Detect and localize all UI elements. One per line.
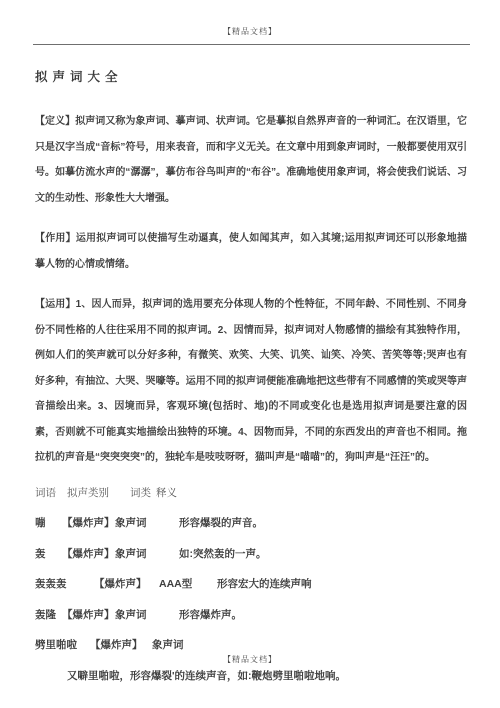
category-cell: 【爆炸声】 xyxy=(62,515,115,530)
document-footer: 【精品文档】 xyxy=(0,654,500,665)
type-cell: 象声词 xyxy=(115,546,179,561)
onomatopoeia-table: 词语 拟声类别 词类 释义 嘣 【爆炸声】 象声词 形容爆裂的声音。 轰 【爆炸… xyxy=(35,485,470,683)
header-divider xyxy=(33,44,470,45)
page-title: 拟声词大全 xyxy=(35,67,467,85)
meaning-cell: 形容宏大的连续声响 xyxy=(217,576,312,591)
word-cell: 轰隆 xyxy=(35,607,62,622)
category-cell: 【爆炸声】 xyxy=(94,576,159,591)
column-header-category: 拟声类别 xyxy=(67,485,130,500)
word-cell: 劈里啪啦 xyxy=(35,637,90,652)
table-row: 劈里啪啦 【爆炸声】 象声词 xyxy=(35,637,470,652)
column-header-meaning: 释义 xyxy=(156,485,177,500)
category-cell: 【爆炸声】 xyxy=(90,637,152,652)
table-header-row: 词语 拟声类别 词类 释义 xyxy=(35,485,470,500)
category-cell: 【爆炸声】 xyxy=(62,546,115,561)
meaning-cell: 形容爆炸声。 xyxy=(179,607,242,622)
column-header-type: 词类 xyxy=(130,485,156,500)
type-cell: 象声词 xyxy=(152,637,184,652)
table-row: 轰 【爆炸声】 象声词 如:突然轰的一声。 xyxy=(35,546,470,561)
type-cell: 象声词 xyxy=(115,515,179,530)
table-row: 轰隆 【爆炸声】 象声词 形容爆炸声。 xyxy=(35,607,470,622)
word-cell: 嘣 xyxy=(35,515,62,530)
meaning-cell: 形容爆裂的声音。 xyxy=(179,515,263,530)
table-note: 又噼里啪啦，形容爆裂'的连续声音，如:鞭炮劈里啪啦地响。 xyxy=(67,668,440,683)
type-cell: 象声词 xyxy=(115,607,179,622)
paragraph-definition: 【定义】拟声词又称为象声词、摹声词、状声词。它是摹拟自然界声音的一种词汇。在汉语… xyxy=(35,109,467,211)
meaning-cell: 如:突然轰的一声。 xyxy=(179,546,267,561)
type-cell: AAA型 xyxy=(159,576,217,591)
category-cell: 【爆炸声】 xyxy=(62,607,115,622)
table-row: 轰轰轰 【爆炸声】 AAA型 形容宏大的连续声响 xyxy=(35,576,470,591)
column-header-word: 词语 xyxy=(35,485,67,500)
document-header: 【精品文档】 xyxy=(0,0,500,37)
word-cell: 轰轰轰 xyxy=(35,576,94,591)
table-row: 嘣 【爆炸声】 象声词 形容爆裂的声音。 xyxy=(35,515,470,530)
footer-watermark: 【精品文档】 xyxy=(223,655,277,664)
paragraph-usage: 【运用】1、因人而异，拟声词的选用要充分体现人物的个性特征，不同年龄、不同性别、… xyxy=(35,292,467,471)
document-page: 【精品文档】 拟声词大全 【定义】拟声词又称为象声词、摹声词、状声词。它是摹拟自… xyxy=(0,0,500,708)
paragraph-function: 【作用】运用拟声词可以使描写生动逼真，使人如闻其声，如入其境;运用拟声词还可以形… xyxy=(35,226,467,277)
header-watermark: 【精品文档】 xyxy=(223,27,277,36)
word-cell: 轰 xyxy=(35,546,62,561)
